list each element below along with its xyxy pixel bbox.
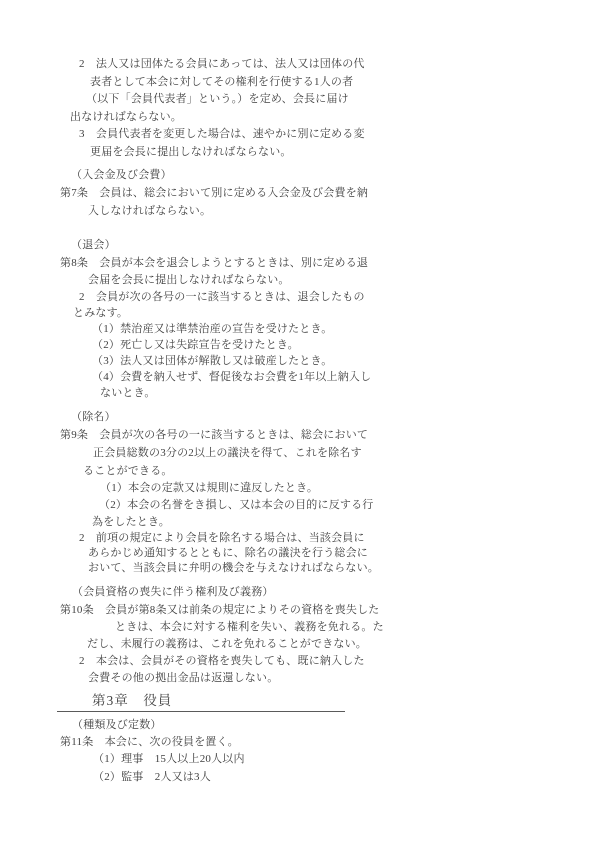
chapter-heading: 第3章 役員 xyxy=(92,694,172,708)
document-line: （2）本会の名誉をき損し、又は本会の目的に反する行 xyxy=(99,498,374,512)
section-heading: （種類及び定数） xyxy=(72,718,162,732)
document-line: 2 本会は、会員がその資格を喪失しても、既に納入した xyxy=(79,654,365,668)
document-line: （2）監事 2人又は3人 xyxy=(93,770,211,784)
document-line: （以下「会員代表者」という。）を定め、会長に届け xyxy=(86,92,349,106)
document-line: （3）法人又は団体が解散し又は破産したとき。 xyxy=(92,354,332,368)
document-line: 為をしたとき。 xyxy=(92,515,170,529)
chapter-underline xyxy=(57,711,345,712)
section-heading: （入会金及び会費） xyxy=(71,168,172,182)
document-line: 2 法人又は団体たる会員にあっては、法人又は団体の代 xyxy=(79,57,365,71)
document-page: 2 法人又は団体たる会員にあっては、法人又は団体の代表者として本会に対してその権… xyxy=(0,0,595,842)
document-line: とみなす。 xyxy=(73,306,128,320)
document-line: 第11条 本会に、次の役員を置く。 xyxy=(60,735,239,749)
document-line: ないとき。 xyxy=(100,386,156,400)
document-line: 第8条 会員が本会を退会しようとするときは、別に定める退 xyxy=(60,256,368,270)
document-line: 2 前項の規定により会員を除名する場合は、当該会員に xyxy=(79,531,365,545)
document-line: 会費その他の拠出金品は返還しない。 xyxy=(88,671,278,685)
document-line: （1）理事 15人以上20人以内 xyxy=(93,752,245,766)
document-line: 正会員総数の3分の2以上の議決を得て、これを除名す xyxy=(93,446,362,460)
document-line: 入しなければならない。 xyxy=(88,204,211,218)
document-line: 2 会員が次の各号の一に該当するときは、退会したもの xyxy=(79,290,365,304)
document-line: 出なければならない。 xyxy=(70,110,182,124)
document-line: 会届を会長に提出しなければならない。 xyxy=(88,273,290,287)
document-line: ときは、本会に対する権利を失い、義務を免れる。た xyxy=(115,620,384,634)
document-line: 第10条 会員が第8条又は前条の規定によりその資格を喪失した xyxy=(60,603,380,617)
document-line: 第9条 会員が次の各号の一に該当するときは、総会において xyxy=(60,428,368,442)
document-line: 更届を会長に提出しなければならない。 xyxy=(90,145,292,159)
document-line: ることができる。 xyxy=(83,464,173,478)
document-line: （1）禁治産又は準禁治産の宣告を受けたとき。 xyxy=(92,322,332,336)
document-line: （4）会費を納入せず、督促後なお会費を1年以上納入し xyxy=(92,370,371,384)
document-line: 表者として本会に対してその権利を行使する1人の者 xyxy=(90,75,353,89)
document-line: 第7条 会員は、総会において別に定める入会金及び会費を納 xyxy=(60,186,368,200)
section-heading: （退会） xyxy=(71,238,116,252)
section-heading: （除名） xyxy=(71,410,116,424)
document-line: （2）死亡し又は失踪宣告を受けたとき。 xyxy=(92,338,299,352)
document-line: 3 会員代表者を変更した場合は、速やかに別に定める変 xyxy=(79,127,365,141)
document-line: あらかじめ通知するとともに、除名の議決を行う総会に xyxy=(88,546,368,560)
document-line: （1）本会の定款又は規則に違反したとき。 xyxy=(100,481,318,495)
document-line: だし、未履行の義務は、これを免れることができない。 xyxy=(87,637,367,651)
section-heading: （会員資格の喪失に伴う権利及び義務） xyxy=(72,585,274,599)
document-line: おいて、当該会員に弁明の機会を与えなければならない。 xyxy=(88,561,379,575)
